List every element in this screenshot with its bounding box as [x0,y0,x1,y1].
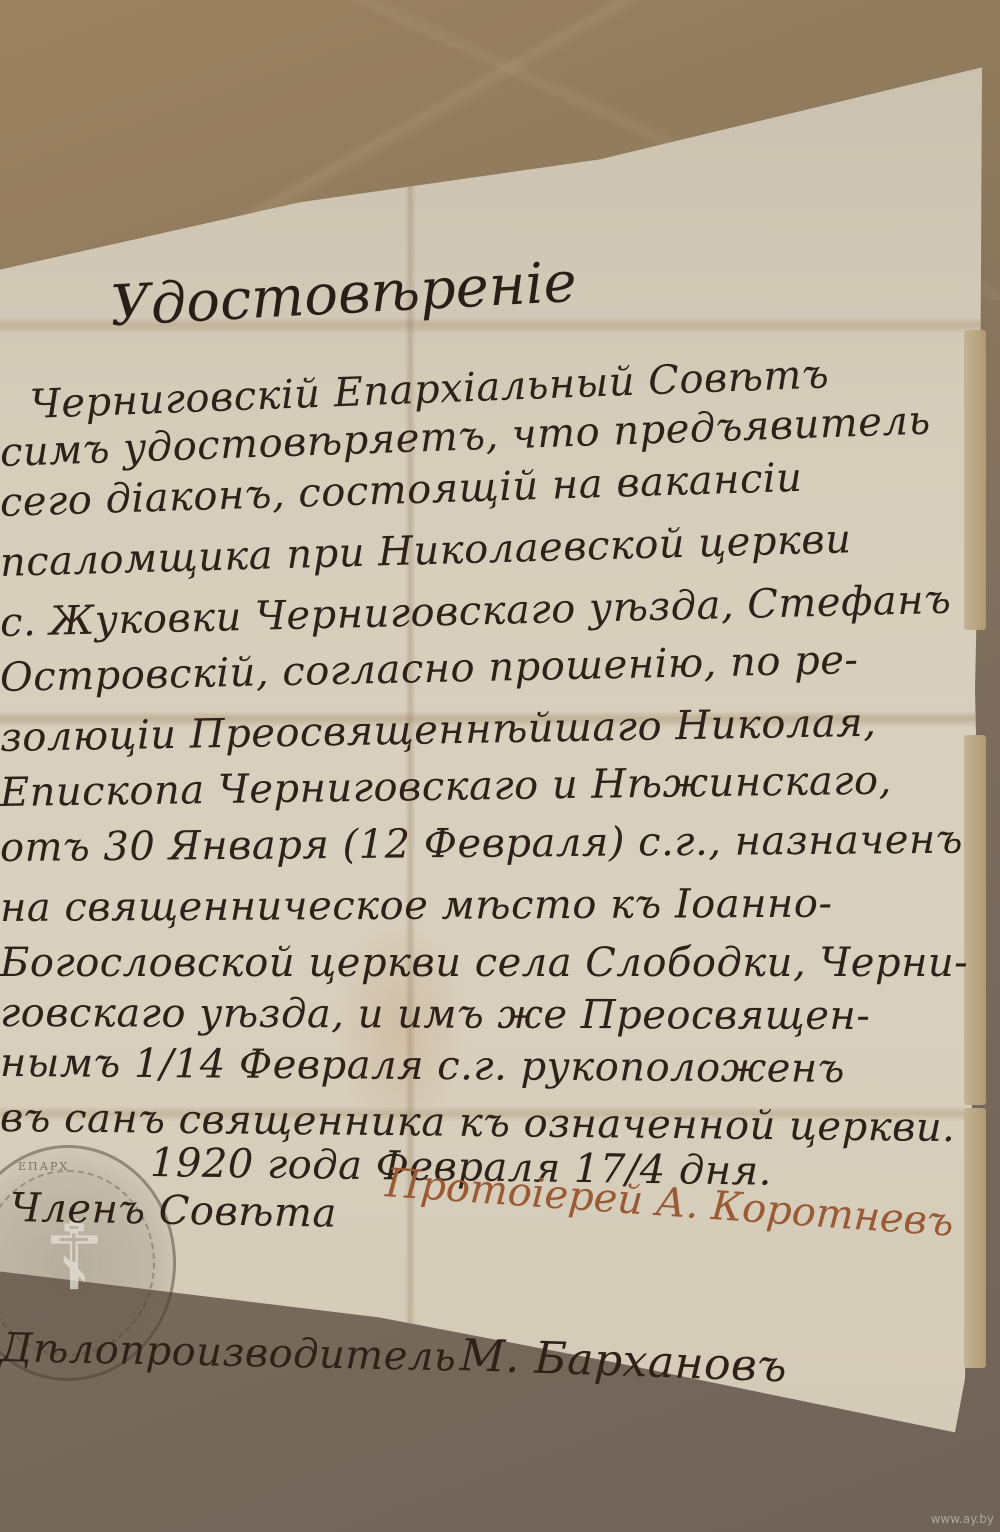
site-watermark: www.ay.by [931,1512,994,1526]
clerk-label: Дѣлопроизводитель [0,1325,457,1381]
paper-edge-fold [964,1108,986,1368]
council-member-label: Членъ Совѣта [10,1185,338,1237]
body-line: говскаго уѣзда, и имъ же Преосвящен- [0,990,870,1039]
body-line: отъ 30 Января (12 Февраля) с.г., назначе… [0,817,963,871]
body-line: нымъ 1/14 Февраля с.г. рукоположенъ [0,1040,845,1092]
paper-edge-fold [964,330,986,630]
body-line: Богословской церкви села Слободки, Черни… [0,940,968,986]
seal-rim-text: ЕПАРХ [18,1160,69,1173]
paper-edge-fold [964,735,986,1105]
body-line: на священническое мѣсто къ Іоанно- [0,881,833,931]
